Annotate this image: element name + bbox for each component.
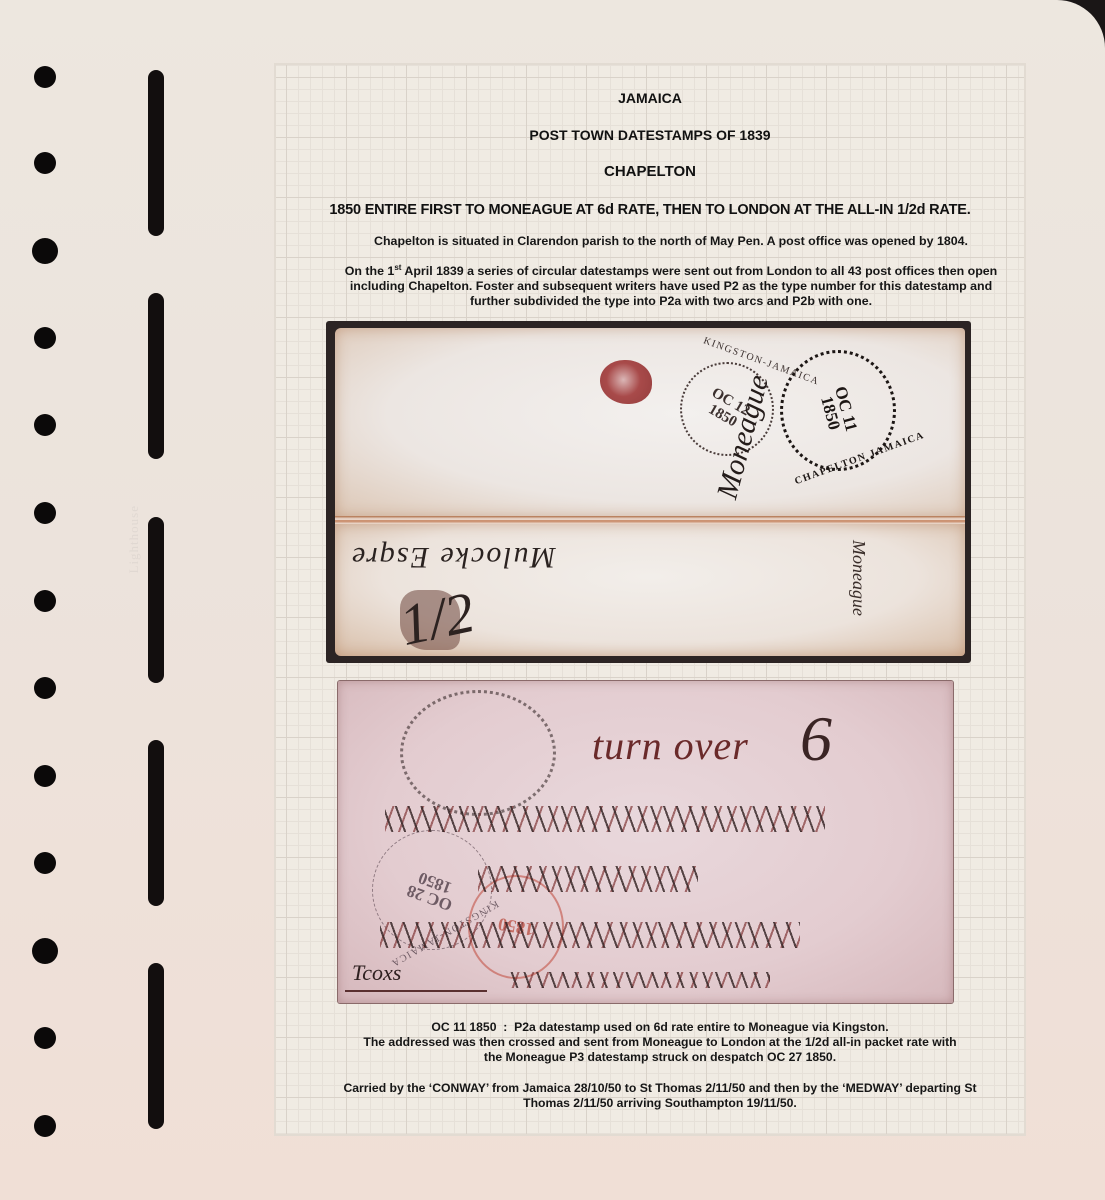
album-page: Lighthouse JAMAICA POST TOWN DATESTAMPS …: [0, 0, 1105, 1200]
address-upside-down: Mulocke Esqre: [350, 540, 556, 574]
crossed-out-address-line: [478, 866, 698, 892]
binder-slot: [148, 293, 164, 459]
binder-hole: [34, 765, 56, 787]
binder-hole: [34, 66, 56, 88]
binder-hole: [34, 852, 56, 874]
binder-hole: [34, 502, 56, 524]
binder-hole: [34, 590, 56, 612]
watermark-text: Lighthouse: [126, 505, 142, 574]
page-title-country: JAMAICA: [274, 90, 1026, 106]
crossed-out-address-line: [510, 972, 770, 988]
intro-paragraph-2: On the 1st April 1839 a series of circul…: [340, 264, 1002, 309]
binder-hole: [34, 1027, 56, 1049]
six-pence-rate-mark: 6: [800, 702, 832, 776]
sender-endorsement: Tcoxs: [352, 960, 401, 986]
intro-p2-rest: April 1839 a series of circular datestam…: [350, 264, 997, 308]
crossed-out-address-line: [380, 922, 800, 948]
binder-hole: [34, 152, 56, 174]
binder-hole: [32, 938, 58, 964]
binder-hole: [34, 414, 56, 436]
caption-voyage: Carried by the ‘CONWAY’ from Jamaica 28/…: [300, 1081, 1020, 1111]
caption-line-2: The addressed was then crossed and sent …: [360, 1035, 960, 1065]
binder-hole: [34, 327, 56, 349]
page-description: 1850 ENTIRE FIRST TO MONEAGUE AT 6d RATE…: [274, 202, 1026, 218]
crossed-out-address-line: [385, 806, 825, 832]
sender-underline: [345, 990, 487, 992]
cover-fold-edge: [335, 516, 965, 524]
caption-line-3: Carried by the ‘CONWAY’ from Jamaica 28/…: [330, 1081, 990, 1111]
page-subtitle: POST TOWN DATESTAMPS OF 1839: [274, 127, 1026, 143]
binder-hole: [34, 677, 56, 699]
binder-slot: [148, 963, 164, 1129]
binder-hole: [32, 238, 58, 264]
caption-line-1: OC 11 1850 : P2a datestamp used on 6d ra…: [300, 1020, 1020, 1035]
page-title-town: CHAPELTON: [274, 163, 1026, 180]
binder-slot: [148, 517, 164, 683]
intro-paragraph-1: Chapelton is situated in Clarendon paris…: [340, 234, 1002, 249]
binder-hole: [34, 1115, 56, 1137]
turn-over-annotation: turn over: [592, 722, 749, 769]
intro-p2-start: On the 1: [345, 264, 395, 278]
address-vertical: Moneague: [848, 540, 869, 616]
binder-slot: [148, 70, 164, 236]
caption-description: OC 11 1850 : P2a datestamp used on 6d ra…: [300, 1020, 1020, 1065]
wax-seal: [600, 360, 652, 404]
binder-slot: [148, 740, 164, 906]
chapelton-p2a-datestamp: OC 11 1850 CHAPELTON JAMAICA: [780, 350, 896, 471]
moneague-p3-datestamp: [400, 690, 556, 816]
